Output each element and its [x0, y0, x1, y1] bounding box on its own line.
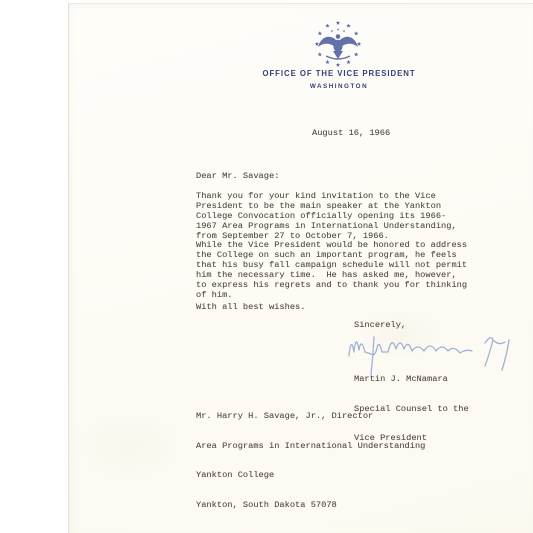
eagle-glyph	[318, 28, 358, 59]
body-paragraph-3: With all best wishes.	[196, 303, 305, 313]
letter-page: OFFICE OF THE VICE PRESIDENT WASHINGTON …	[68, 3, 533, 533]
letterhead-city-line: WASHINGTON	[164, 83, 514, 90]
recipient-program-line: Area Programs in International Understan…	[196, 442, 425, 452]
scan-background: OFFICE OF THE VICE PRESIDENT WASHINGTON …	[0, 0, 533, 533]
recipient-college-line: Yankton College	[196, 471, 425, 481]
recipient-name-line: Mr. Harry H. Savage, Jr., Director	[196, 412, 425, 422]
recipient-city-line: Yankton, South Dakota 57078	[196, 501, 425, 511]
salutation: Dear Mr. Savage:	[196, 172, 279, 182]
letterhead-office-line: OFFICE OF THE VICE PRESIDENT	[164, 69, 514, 78]
recipient-address-block: Mr. Harry H. Savage, Jr., Director Area …	[196, 392, 425, 531]
body-paragraph-1: Thank you for your kind invitation to th…	[196, 192, 457, 242]
date-line: August 16, 1966	[312, 129, 390, 139]
body-paragraph-2: While the Vice President would be honore…	[196, 241, 467, 300]
vice-president-seal-icon	[312, 16, 364, 70]
signer-name: Martin J. McNamara	[354, 375, 469, 385]
